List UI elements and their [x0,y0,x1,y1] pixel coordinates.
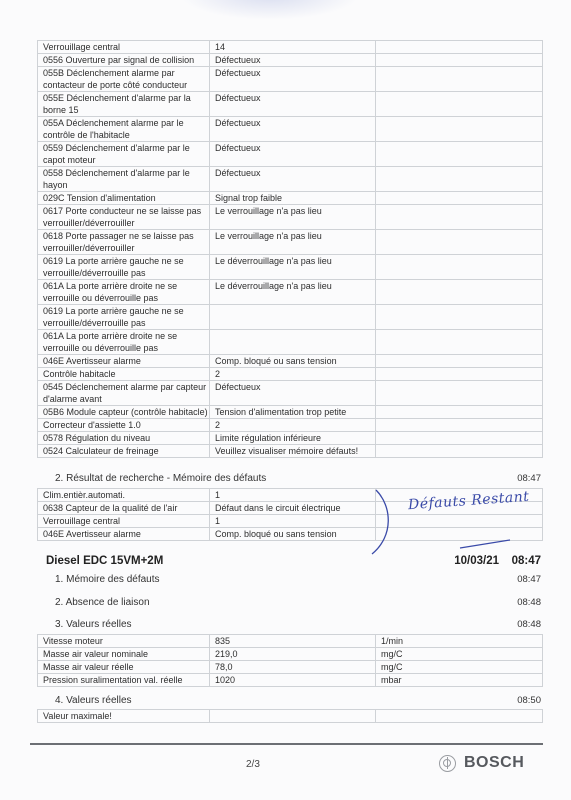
label-cell: 0545 Déclenchement alarme par capteur d'… [38,381,210,406]
label-cell: Verrouillage central [38,515,210,528]
label-cell: Correcteur d'assiette 1.0 [38,419,210,432]
unit-cell [376,419,543,432]
label-cell: 0578 Régulation du niveau [38,432,210,445]
value-cell: 1 [210,489,376,502]
unit-cell [376,255,543,280]
unit-cell [376,167,543,192]
fault-results-table: Verrouillage central140556 Ouverture par… [37,40,543,458]
table-row: 05B6 Module capteur (contrôle habitacle)… [38,406,543,419]
value-cell: 1020 [210,674,376,687]
label-cell: Valeur maximale! [38,710,210,723]
value-cell: Le déverrouillage n'a pas lieu [210,280,376,305]
table-row: 061A La porte arrière droite ne se verro… [38,330,543,355]
value-cell: 2 [210,419,376,432]
value-cell: Veuillez visualiser mémoire défauts! [210,445,376,458]
value-cell: Tension d'alimentation trop petite [210,406,376,419]
table-row: 055A Déclenchement alarme par le contrôl… [38,117,543,142]
table-row: 0545 Déclenchement alarme par capteur d'… [38,381,543,406]
module-title: Diesel EDC 15VM+2M [46,555,163,567]
value-cell: 219,0 [210,648,376,661]
unit-cell [376,355,543,368]
table-row: 055B Déclenchement alarme par contacteur… [38,67,543,92]
label-cell: Verrouillage central [38,41,210,54]
unit-cell [376,92,543,117]
unit-cell [376,192,543,205]
label-cell: Contrôle habitacle [38,368,210,381]
value-cell: Défaut dans le circuit électrique [210,502,376,515]
unit-cell [376,406,543,419]
section-search-result-heading: 2. Résultat de recherche - Mémoire des d… [55,472,541,485]
label-cell: 0619 La porte arrière gauche ne se verro… [38,255,210,280]
table-row: 0619 La porte arrière gauche ne se verro… [38,305,543,330]
label-cell: Vitesse moteur [38,635,210,648]
section-label: 4. Valeurs réelles [55,694,132,707]
table-row: Contrôle habitacle2 [38,368,543,381]
label-cell: 055E Déclenchement d'alarme par la borne… [38,92,210,117]
bosch-armature-logo-icon [439,755,456,772]
unit-cell [376,54,543,67]
label-cell: 0556 Ouverture par signal de collision [38,54,210,67]
label-cell: 0617 Porte conducteur ne se laisse pas v… [38,205,210,230]
label-cell: 0524 Calculateur de freinage [38,445,210,458]
label-cell: Masse air valeur nominale [38,648,210,661]
unit-cell [376,41,543,54]
unit-cell [376,230,543,255]
table-row: 0618 Porte passager ne se laisse pas ver… [38,230,543,255]
section-label: 1. Mémoire des défauts [55,573,160,586]
handwritten-annotation: Défauts Restant [360,488,560,558]
unit-cell [376,280,543,305]
unit-cell [376,117,543,142]
value-cell: Défectueux [210,381,376,406]
value-cell: Défectueux [210,92,376,117]
label-cell: 0559 Déclenchement d'alarme par le capot… [38,142,210,167]
value-cell: Limite régulation inférieure [210,432,376,445]
label-cell: 046E Avertisseur alarme [38,528,210,541]
label-cell: 055A Déclenchement alarme par le contrôl… [38,117,210,142]
value-cell: Signal trop faible [210,192,376,205]
label-cell: 0618 Porte passager ne se laisse pas ver… [38,230,210,255]
section-time: 08:50 [517,694,541,707]
unit-cell: mbar [376,674,543,687]
module-date: 10/03/21 [454,553,499,569]
label-cell: 055B Déclenchement alarme par contacteur… [38,67,210,92]
table-row: Correcteur d'assiette 1.02 [38,419,543,432]
value-cell: Défectueux [210,167,376,192]
module-header: Diesel EDC 15VM+2M 10/03/21 08:47 [46,553,541,569]
label-cell: 0619 La porte arrière gauche ne se verro… [38,305,210,330]
value-cell: 835 [210,635,376,648]
section-time: 08:47 [517,472,541,485]
value-cell [210,305,376,330]
section-actual-values: 3. Valeurs réelles 08:48 [55,618,541,631]
value-cell: Comp. bloqué ou sans tension [210,355,376,368]
value-cell: Le verrouillage n'a pas lieu [210,205,376,230]
label-cell: 061A La porte arrière droite ne se verro… [38,330,210,355]
label-cell: 061A La porte arrière droite ne se verro… [38,280,210,305]
value-cell [210,710,376,723]
max-values-table: Valeur maximale! [37,709,543,723]
section-label: 3. Valeurs réelles [55,618,132,631]
unit-cell [376,305,543,330]
table-row: Pression suralimentation val. réelle1020… [38,674,543,687]
table-row: 0578 Régulation du niveauLimite régulati… [38,432,543,445]
actual-values-table: Vitesse moteur8351/minMasse air valeur n… [37,634,543,687]
table-row: 061A La porte arrière droite ne se verro… [38,280,543,305]
unit-cell [376,205,543,230]
table-row: 055E Déclenchement d'alarme par la borne… [38,92,543,117]
section-actual-values-4: 4. Valeurs réelles 08:50 [55,694,541,707]
table-row: 0617 Porte conducteur ne se laisse pas v… [38,205,543,230]
table-row: Masse air valeur nominale219,0mg/C [38,648,543,661]
label-cell: 05B6 Module capteur (contrôle habitacle) [38,406,210,419]
brand-logo: BOSCH [439,752,524,774]
footer-divider [30,743,543,745]
table-row: Masse air valeur réelle78,0mg/C [38,661,543,674]
label-cell: Masse air valeur réelle [38,661,210,674]
unit-cell [376,330,543,355]
unit-cell [376,381,543,406]
table-row: 0619 La porte arrière gauche ne se verro… [38,255,543,280]
value-cell: Défectueux [210,67,376,92]
section-no-connection: 2. Absence de liaison 08:48 [55,596,541,609]
label-cell: 046E Avertisseur alarme [38,355,210,368]
table-row: 0558 Déclenchement d'alarme par le hayon… [38,167,543,192]
unit-cell [376,67,543,92]
table-row: Vitesse moteur8351/min [38,635,543,648]
table-row: 0559 Déclenchement d'alarme par le capot… [38,142,543,167]
brand-name: BOSCH [464,754,524,772]
label-cell: 0638 Capteur de la qualité de l'air [38,502,210,515]
section-time: 08:48 [517,618,541,631]
unit-cell [376,368,543,381]
section-label: 2. Résultat de recherche - Mémoire des d… [55,472,266,485]
section-label: 2. Absence de liaison [55,596,150,609]
unit-cell [376,710,543,723]
value-cell: Défectueux [210,142,376,167]
table-row: 029C Tension d'alimentationSignal trop f… [38,192,543,205]
table-row: Verrouillage central14 [38,41,543,54]
section-fault-memory: 1. Mémoire des défauts 08:47 [55,573,541,586]
unit-cell: mg/C [376,648,543,661]
label-cell: 029C Tension d'alimentation [38,192,210,205]
unit-cell: mg/C [376,661,543,674]
section-time: 08:48 [517,596,541,609]
value-cell: 2 [210,368,376,381]
label-cell: 0558 Déclenchement d'alarme par le hayon [38,167,210,192]
label-cell: Clim.entièr.automati. [38,489,210,502]
unit-cell [376,445,543,458]
value-cell: Défectueux [210,117,376,142]
page-number: 2/3 [246,759,260,770]
scan-smudge [180,0,360,20]
value-cell: Le déverrouillage n'a pas lieu [210,255,376,280]
value-cell: 14 [210,41,376,54]
module-time: 08:47 [512,553,541,569]
unit-cell: 1/min [376,635,543,648]
value-cell: Le verrouillage n'a pas lieu [210,230,376,255]
value-cell: 78,0 [210,661,376,674]
table-row: 0556 Ouverture par signal de collisionDé… [38,54,543,67]
table-row: 046E Avertisseur alarmeComp. bloqué ou s… [38,355,543,368]
section-time: 08:47 [517,573,541,586]
table-row: 0524 Calculateur de freinageVeuillez vis… [38,445,543,458]
label-cell: Pression suralimentation val. réelle [38,674,210,687]
value-cell: Comp. bloqué ou sans tension [210,528,376,541]
table-row: Valeur maximale! [38,710,543,723]
unit-cell [376,142,543,167]
value-cell [210,330,376,355]
value-cell: 1 [210,515,376,528]
value-cell: Défectueux [210,54,376,67]
unit-cell [376,432,543,445]
